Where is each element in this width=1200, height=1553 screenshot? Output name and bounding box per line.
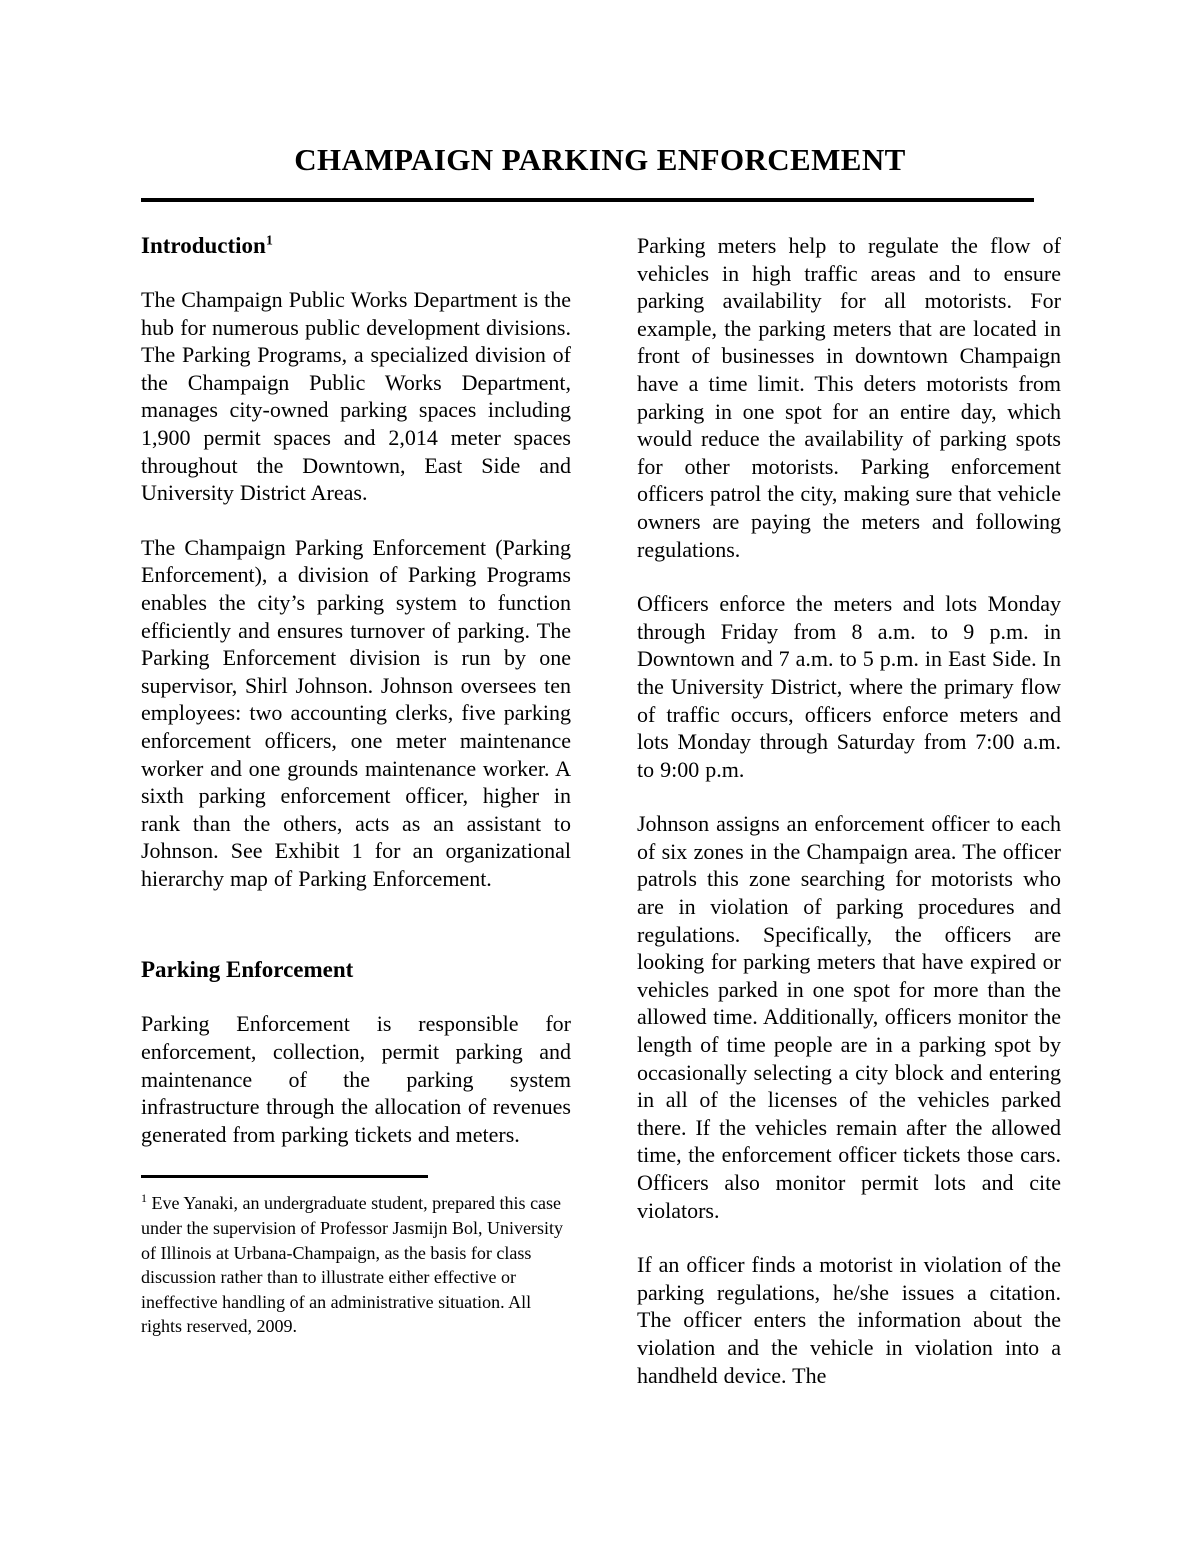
introduction-footnote-ref: 1 (266, 233, 273, 248)
introduction-heading-text: Introduction (141, 233, 266, 258)
footnote: 1 Eve Yanaki, an undergraduate student, … (141, 1191, 571, 1339)
title-divider-rule (141, 198, 1034, 202)
paragraph-division-staff: The Champaign Parking Enforcement (Parki… (141, 534, 571, 893)
footnote-ref: 1 (141, 1191, 147, 1205)
paragraph-responsibilities: Parking Enforcement is responsible for e… (141, 1010, 571, 1148)
document-page: CHAMPAIGN PARKING ENFORCEMENT Introducti… (0, 0, 1200, 1553)
paragraph-enforcement-hours: Officers enforce the meters and lots Mon… (637, 590, 1061, 783)
left-column: Introduction1 The Champaign Public Works… (141, 232, 571, 1339)
introduction-heading: Introduction1 (141, 232, 571, 260)
parking-enforcement-heading: Parking Enforcement (141, 956, 571, 984)
paragraph-parking-meters: Parking meters help to regulate the flow… (637, 232, 1061, 563)
two-column-body: Introduction1 The Champaign Public Works… (141, 232, 1200, 1416)
paragraph-citation-process: If an officer finds a motorist in violat… (637, 1251, 1061, 1389)
right-column: Parking meters help to regulate the flow… (637, 232, 1061, 1416)
footnote-separator-rule (141, 1175, 428, 1178)
paragraph-public-works: The Champaign Public Works Department is… (141, 286, 571, 507)
page-title: CHAMPAIGN PARKING ENFORCEMENT (0, 143, 1200, 177)
paragraph-zones-patrol: Johnson assigns an enforcement officer t… (637, 810, 1061, 1224)
footnote-text: Eve Yanaki, an undergraduate student, pr… (141, 1193, 563, 1336)
